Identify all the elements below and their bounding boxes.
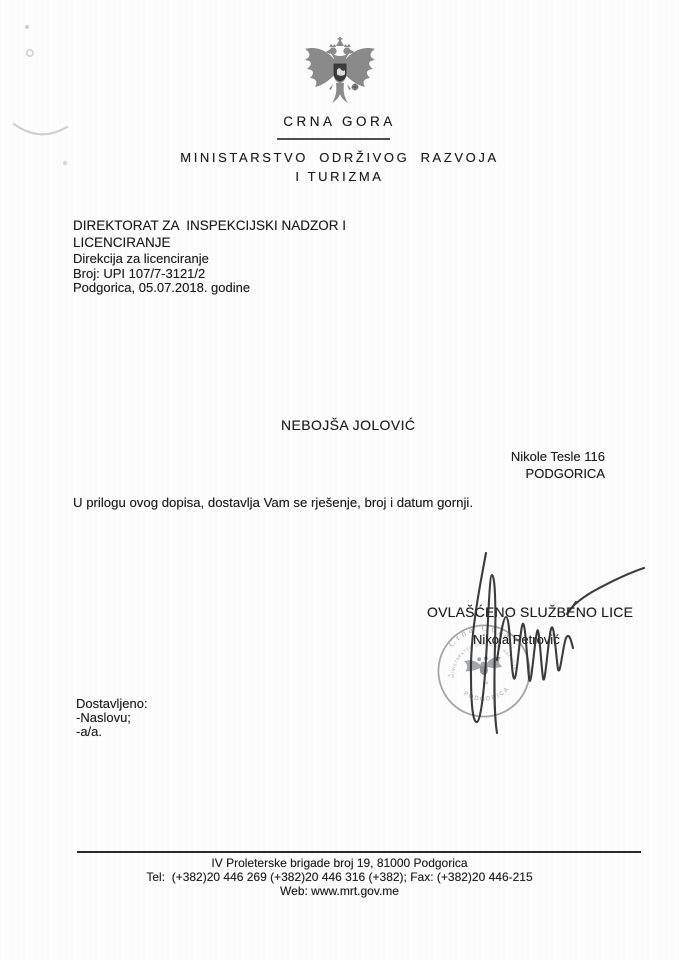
delivery-label: Dostavljeno: [76, 696, 148, 711]
footer-address: IV Proleterske brigade broj 19, 81000 Po… [0, 856, 679, 870]
handwritten-signature [430, 543, 660, 743]
scanned-letter-page: CRNA GORA MINISTARSTVO ODRŽIVOG RAZVOJA … [0, 0, 679, 960]
montenegro-coat-of-arms-icon [300, 37, 380, 105]
delivery-item-naslovu: -Naslovu; [76, 710, 131, 725]
footer-web: Web: www.mrt.gov.me [0, 884, 679, 898]
place-and-date: Podgorica, 05.07.2018. godine [73, 280, 250, 295]
addressee-city: PODGORICA [395, 466, 605, 483]
directorate-line2: LICENCIRANJE [73, 235, 171, 250]
addressee-name: NEBOJŠA JOLOVIĆ [281, 417, 415, 433]
ministry-name-line2: I TURIZMA [0, 169, 679, 184]
ministry-name-line1: MINISTARSTVO ODRŽIVOG RAZVOJA [0, 150, 679, 165]
addressee-street: Nikole Tesle 116 [395, 449, 605, 466]
reference-number: Broj: UPI 107/7-3121/2 [73, 266, 205, 281]
header-divider [277, 138, 390, 140]
footer-phones: Tel: (+382)20 446 269 (+382)20 446 316 (… [0, 870, 679, 884]
letter-body-paragraph: U prilogu ovog dopisa, dostavlja Vam se … [73, 495, 473, 510]
country-title: CRNA GORA [0, 114, 679, 129]
delivery-item-aa: -a/a. [76, 724, 102, 739]
addressee-address: Nikole Tesle 116 PODGORICA [395, 449, 605, 482]
department-line: Direkcija za licenciranje [73, 251, 209, 266]
footer-divider [77, 851, 641, 853]
directorate-line1: DIREKTORAT ZA INSPEKCIJSKI NADZOR I [73, 218, 346, 233]
